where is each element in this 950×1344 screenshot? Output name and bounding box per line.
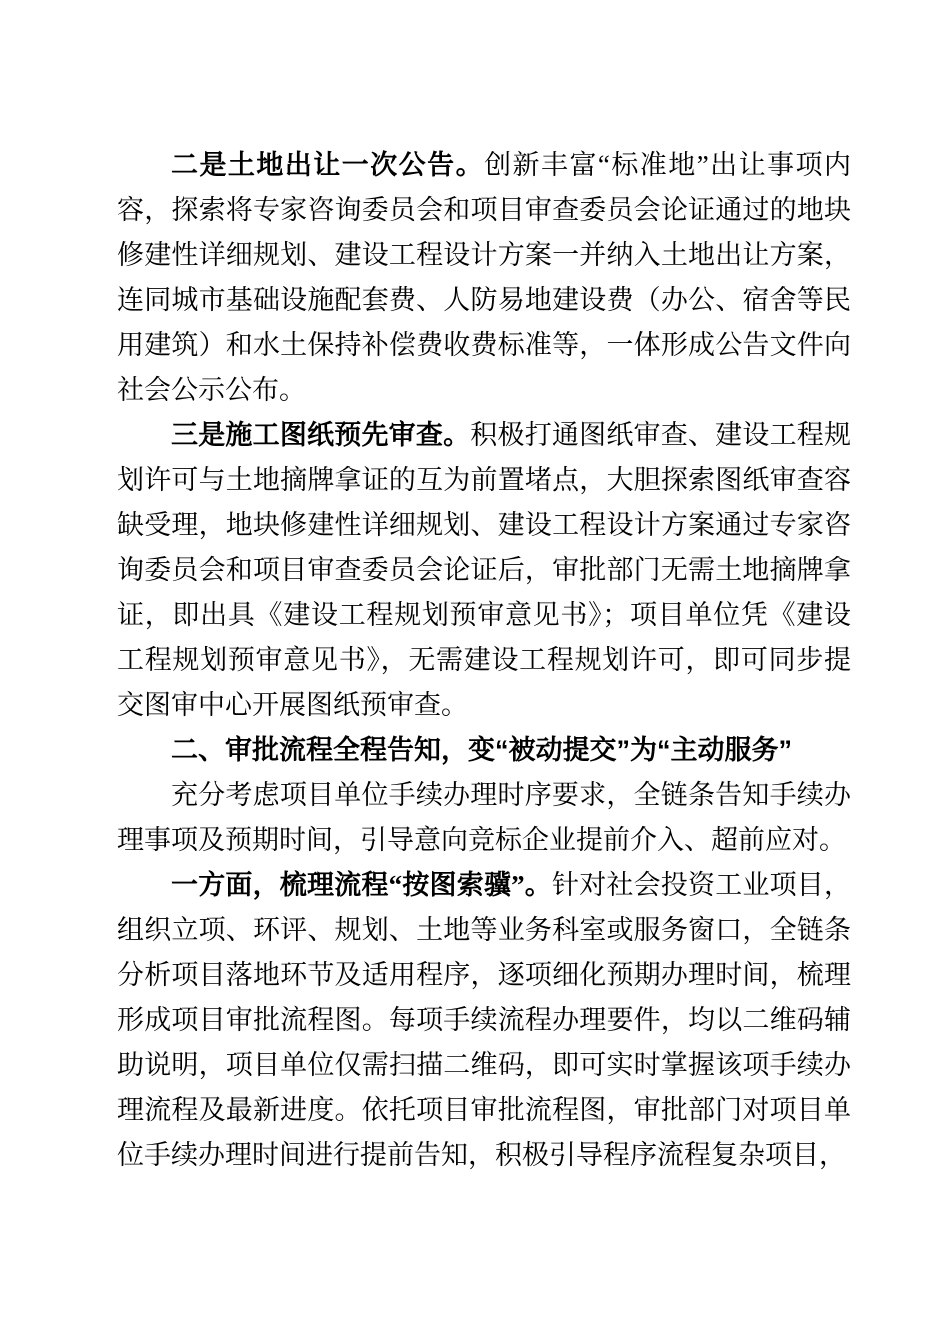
section-heading: 二、审批流程全程告知，变“被动提交”为“主动服务” (117, 728, 851, 773)
body-paragraph: 三是施工图纸预先审查。积极打通图纸审查、建设工程规划许可与土地摘牌拿证的互为前置… (117, 413, 851, 728)
paragraph-text: 针对社会投资工业项目，组织立项、环评、规划、土地等业务科室或服务窗口，全链条分析… (117, 870, 851, 1170)
body-paragraph: 充分考虑项目单位手续办理时序要求，全链条告知手续办理事项及预期时间，引导意向竞标… (117, 773, 851, 863)
document-page: 二是土地出让一次公告。创新丰富“标准地”出让事项内容，探索将专家咨询委员会和项目… (0, 0, 950, 1344)
paragraph-text: 充分考虑项目单位手续办理时序要求，全链条告知手续办理事项及预期时间，引导意向竞标… (117, 780, 851, 855)
paragraph-text: 创新丰富“标准地”出让事项内容，探索将专家咨询委员会和项目审查委员会论证通过的地… (117, 150, 851, 405)
section-heading-text: 二、审批流程全程告知，变“被动提交”为“主动服务” (171, 735, 792, 765)
document-body: 二是土地出让一次公告。创新丰富“标准地”出让事项内容，探索将专家咨询委员会和项目… (117, 143, 851, 1178)
paragraph-lead: 一方面，梳理流程“按图索骥”。 (171, 870, 552, 900)
body-paragraph: 一方面，梳理流程“按图索骥”。针对社会投资工业项目，组织立项、环评、规划、土地等… (117, 863, 851, 1178)
body-paragraph: 二是土地出让一次公告。创新丰富“标准地”出让事项内容，探索将专家咨询委员会和项目… (117, 143, 851, 413)
paragraph-text: 积极打通图纸审查、建设工程规划许可与土地摘牌拿证的互为前置堵点，大胆探索图纸审查… (117, 420, 851, 720)
paragraph-lead: 二是土地出让一次公告。 (171, 150, 484, 180)
paragraph-lead: 三是施工图纸预先审查。 (171, 420, 470, 450)
